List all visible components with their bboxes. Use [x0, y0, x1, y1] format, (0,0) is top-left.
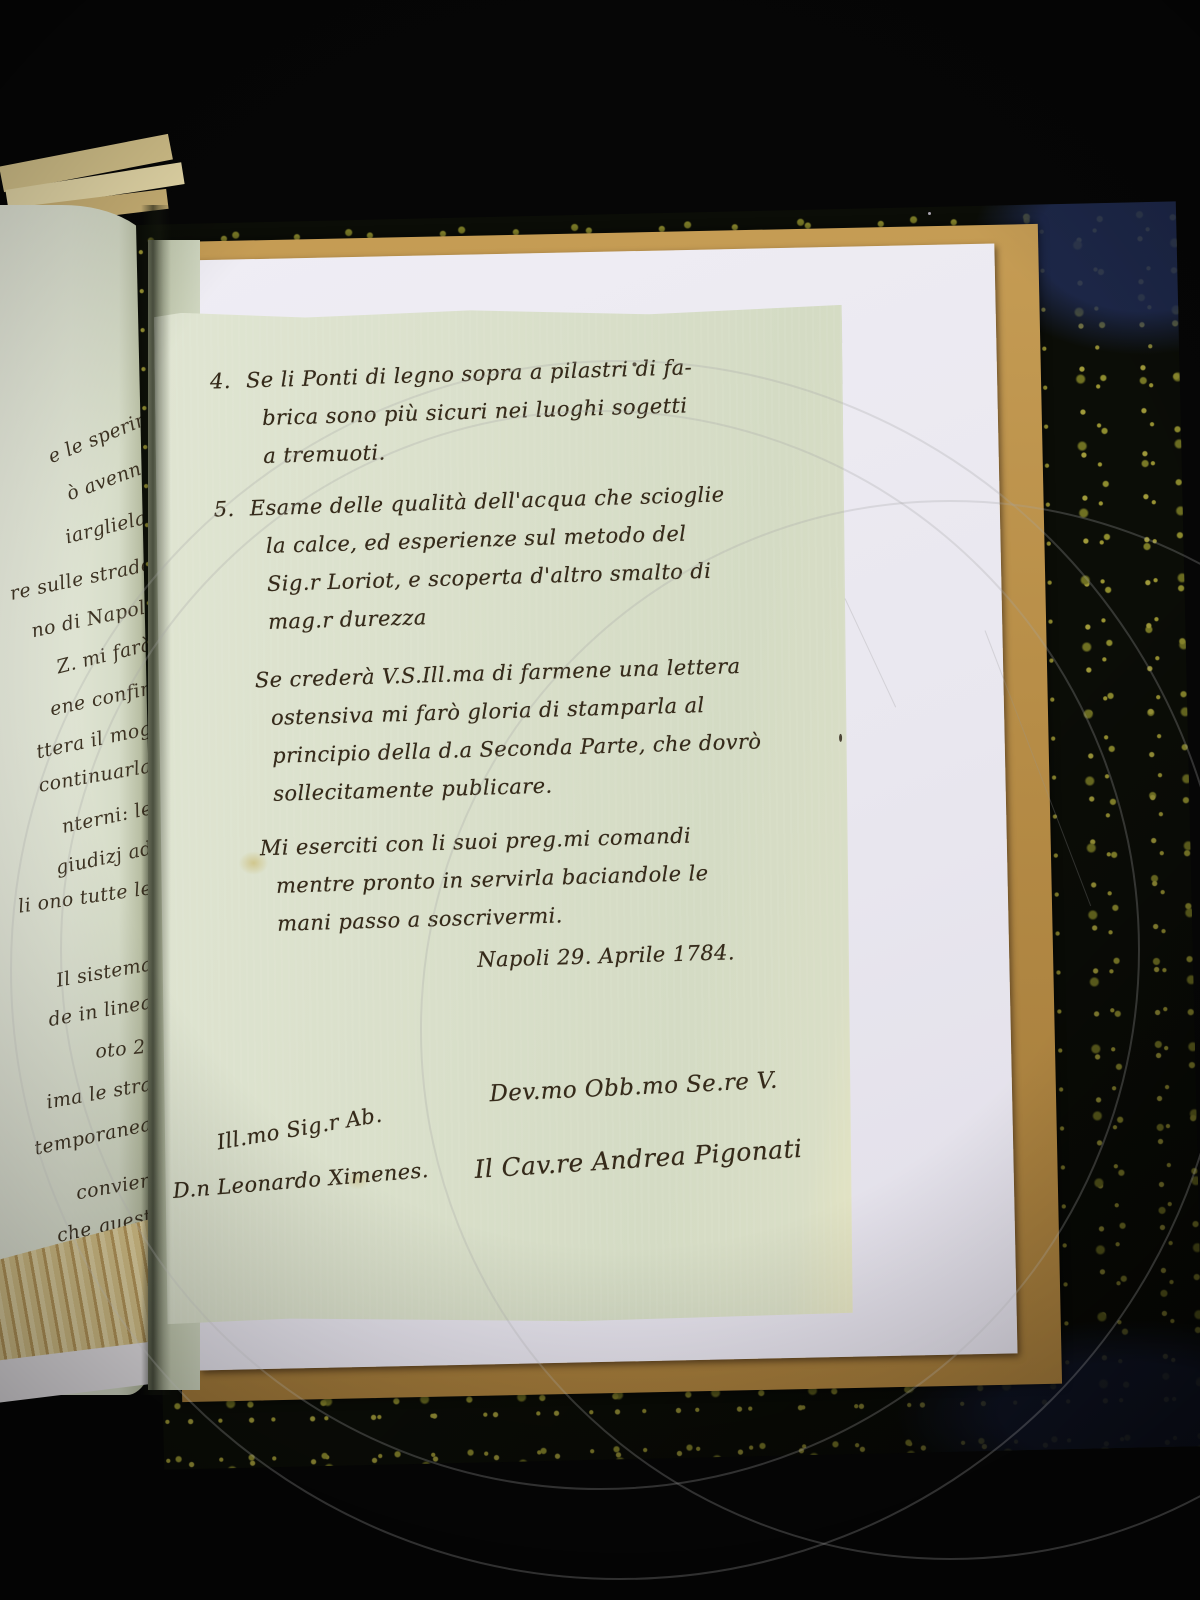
letter-closing: Dev.mo Obb.mo Se.re V. — [489, 1068, 778, 1108]
dust-speck — [928, 212, 931, 215]
photo-open-manuscript-book: e le sperim ò avenne iargliela. re sulle… — [0, 0, 1200, 1600]
letter-addressee: Ill.mo Sig.r Ab. — [215, 1103, 384, 1155]
left-page-text-fragment: iargliela. — [62, 505, 154, 548]
left-page-text-fragment: giudizj ad — [54, 837, 155, 879]
left-page-text-fragment: ttera il mog — [35, 717, 155, 763]
left-page-text-fragment: de in linea — [47, 991, 154, 1031]
left-page-text-fragment: ene confin — [48, 677, 155, 720]
left-page-text-fragment: Il sistema — [54, 953, 154, 992]
left-page-text-fragment: continuarla — [37, 755, 154, 797]
left-page-text-fragment: li ono tutte le — [17, 877, 154, 918]
item-number: 4. — [209, 361, 246, 400]
letter-text: 4.Se li Ponti di legno sopra a pilastri … — [148, 298, 856, 988]
left-page: e le sperim ò avenne iargliela. re sulle… — [0, 205, 157, 1395]
letter-addressee: D.n Leonardo Ximenes. — [172, 1158, 430, 1203]
letter-signature: Il Cav.re Andrea Pigonati — [474, 1134, 804, 1184]
left-page-text-fragment: ima le stra — [45, 1073, 154, 1113]
item-number: 5. — [213, 489, 250, 528]
left-page-text-fragment: nterni: le — [59, 797, 154, 838]
left-page-text-fragment: convien — [74, 1169, 154, 1204]
left-page-text-fragment: oto 2. — [94, 1035, 153, 1063]
letter-sheet: 4.Se li Ponti di legno sopra a pilastri … — [154, 304, 854, 1326]
letter-item-4: 4.Se li Ponti di legno sopra a pilastri … — [245, 345, 806, 476]
left-page-text-fragment: no di Napoli — [30, 595, 154, 642]
letter-paragraph: Mi eserciti con li suoi preg.mi comandi … — [259, 813, 820, 944]
left-page-text-fragment: re sulle strade — [8, 553, 154, 605]
left-page-text-fragment: Z. mi farà — [54, 633, 154, 678]
letter-paragraph: Se crederà V.S.Ill.ma di farmene una let… — [254, 645, 816, 813]
letter-item-5: 5.Esame delle qualità dell'acqua che sci… — [249, 473, 811, 641]
left-page-text-fragment: temporanea — [33, 1113, 155, 1159]
